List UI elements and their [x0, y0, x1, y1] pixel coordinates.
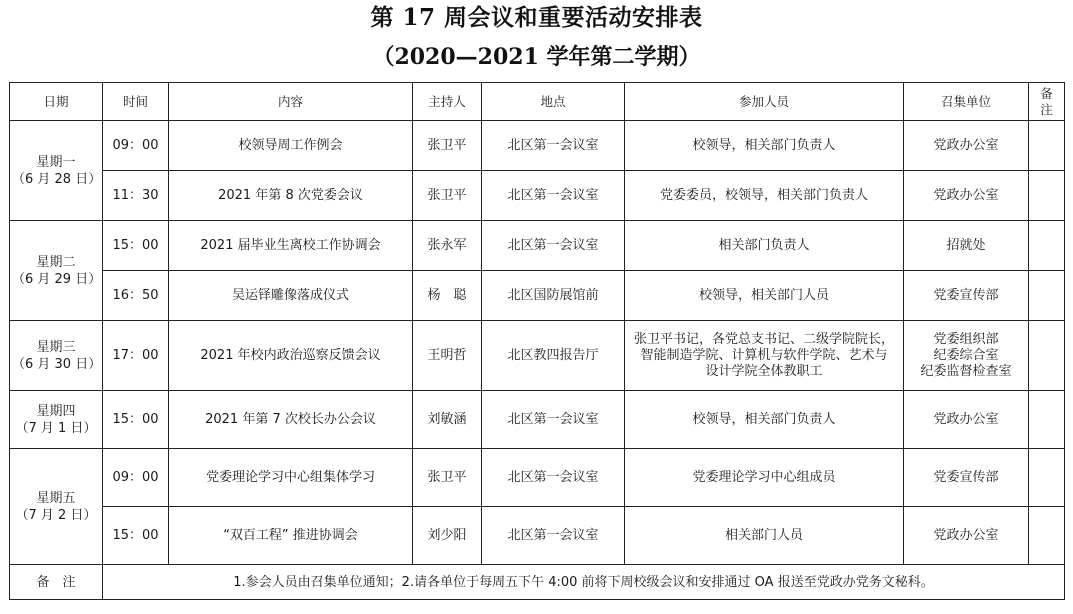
participants-line: 设计学院全体教职工: [627, 364, 901, 380]
participants-line: 张卫平书记，各党总支书记、二级学院院长，: [627, 332, 901, 348]
weekday: 星期二: [12, 254, 100, 271]
time-cell: 15：00: [103, 391, 169, 449]
remarks-cell: [1029, 321, 1065, 391]
table-row: 星期五 （7 月 2 日） 09：00 党委理论学习中心组集体学习 张卫平 北区…: [10, 449, 1065, 507]
participants-cell: 校领导，相关部门人员: [625, 271, 904, 321]
participants-cell: 校领导，相关部门负责人: [625, 121, 904, 171]
location-cell: 北区第一会议室: [482, 121, 625, 171]
table-row: 11：30 2021 年第 8 次党委会议 张卫平 北区第一会议室 党委委员，校…: [10, 171, 1065, 221]
content-cell: 校领导周工作例会: [169, 121, 413, 171]
participants-cell: 党委委员，校领导，相关部门负责人: [625, 171, 904, 221]
participants-cell: 相关部门人员: [625, 507, 904, 565]
header-row: 日期 时间 内容 主持人 地点 参加人员 召集单位 备注: [10, 83, 1065, 121]
footer-note: 1.参会人员由召集单位通知；2.请各单位于每周五下午 4:00 前将下周校级会议…: [103, 565, 1065, 600]
content-cell: 2021 年校内政治巡察反馈会议: [169, 321, 413, 391]
time-cell: 09：00: [103, 449, 169, 507]
participants-cell: 党委理论学习中心组成员: [625, 449, 904, 507]
header-date: 日期: [10, 83, 103, 121]
content-cell: 2021 年第 7 次校长办公会议: [169, 391, 413, 449]
host-cell: 张永军: [413, 221, 482, 271]
participants-cell: 校领导，相关部门负责人: [625, 391, 904, 449]
location-cell: 北区第一会议室: [482, 507, 625, 565]
document-subtitle: （2020—2021 学年第二学期）: [0, 41, 1073, 73]
host-cell: 刘少阳: [413, 507, 482, 565]
table-row: 星期一 （6 月 28 日） 09：00 校领导周工作例会 张卫平 北区第一会议…: [10, 121, 1065, 171]
day-cell: 星期三 （6 月 30 日）: [10, 321, 103, 391]
day-cell: 星期五 （7 月 2 日）: [10, 449, 103, 565]
organizer-cell: 党政办公室: [904, 121, 1029, 171]
day-cell: 星期一 （6 月 28 日）: [10, 121, 103, 221]
content-cell: 吴运铎雕像落成仪式: [169, 271, 413, 321]
document-title: 第 17 周会议和重要活动安排表: [0, 2, 1073, 34]
header-remarks: 备注: [1029, 83, 1065, 121]
date: （7 月 2 日）: [12, 507, 100, 524]
time-cell: 15：00: [103, 221, 169, 271]
organizer-cell: 党政办公室: [904, 391, 1029, 449]
time-cell: 09：00: [103, 121, 169, 171]
host-cell: 张卫平: [413, 449, 482, 507]
header-location: 地点: [482, 83, 625, 121]
table-row: 16：50 吴运铎雕像落成仪式 杨 聪 北区国防展馆前 校领导，相关部门人员 党…: [10, 271, 1065, 321]
footer-label: 备 注: [10, 565, 103, 600]
location-cell: 北区第一会议室: [482, 391, 625, 449]
remarks-cell: [1029, 221, 1065, 271]
date: （7 月 1 日）: [12, 420, 100, 437]
participants-cell: 相关部门负责人: [625, 221, 904, 271]
day-cell: 星期二 （6 月 29 日）: [10, 221, 103, 321]
table-row: 星期三 （6 月 30 日） 17：00 2021 年校内政治巡察反馈会议 王明…: [10, 321, 1065, 391]
organizer-cell: 党委宣传部: [904, 449, 1029, 507]
time-cell: 16：50: [103, 271, 169, 321]
organizer-cell: 党委宣传部: [904, 271, 1029, 321]
remarks-cell: [1029, 271, 1065, 321]
date: （6 月 30 日）: [12, 356, 100, 373]
content-cell: 党委理论学习中心组集体学习: [169, 449, 413, 507]
location-cell: 北区第一会议室: [482, 449, 625, 507]
organizer-cell: 党委组织部 纪委综合室 纪委监督检查室: [904, 321, 1029, 391]
header-remarks-label: 备注: [1040, 86, 1054, 118]
organizer-line: 纪委监督检查室: [906, 364, 1026, 380]
content-cell: “双百工程” 推进协调会: [169, 507, 413, 565]
remarks-cell: [1029, 171, 1065, 221]
remarks-cell: [1029, 449, 1065, 507]
time-cell: 15：00: [103, 507, 169, 565]
content-cell: 2021 年第 8 次党委会议: [169, 171, 413, 221]
host-cell: 张卫平: [413, 121, 482, 171]
table-row: 星期二 （6 月 29 日） 15：00 2021 届毕业生离校工作协调会 张永…: [10, 221, 1065, 271]
participants-cell: 张卫平书记，各党总支书记、二级学院院长， 智能制造学院、计算机与软件学院、艺术与…: [625, 321, 904, 391]
participants-line: 智能制造学院、计算机与软件学院、艺术与: [627, 348, 901, 364]
footer-row: 备 注 1.参会人员由召集单位通知；2.请各单位于每周五下午 4:00 前将下周…: [10, 565, 1065, 600]
remarks-cell: [1029, 391, 1065, 449]
remarks-cell: [1029, 121, 1065, 171]
weekday: 星期一: [12, 154, 100, 171]
organizer-cell: 党政办公室: [904, 171, 1029, 221]
header-participants: 参加人员: [625, 83, 904, 121]
header-time: 时间: [103, 83, 169, 121]
organizer-cell: 招就处: [904, 221, 1029, 271]
header-content: 内容: [169, 83, 413, 121]
host-cell: 王明哲: [413, 321, 482, 391]
location-cell: 北区第一会议室: [482, 221, 625, 271]
organizer-line: 纪委综合室: [906, 348, 1026, 364]
host-cell: 张卫平: [413, 171, 482, 221]
time-cell: 17：00: [103, 321, 169, 391]
date: （6 月 28 日）: [12, 171, 100, 188]
remarks-cell: [1029, 507, 1065, 565]
location-cell: 北区教四报告厅: [482, 321, 625, 391]
schedule-table: 日期 时间 内容 主持人 地点 参加人员 召集单位 备注 星期一 （6 月 28…: [9, 82, 1065, 600]
time-cell: 11：30: [103, 171, 169, 221]
location-cell: 北区国防展馆前: [482, 271, 625, 321]
header-host: 主持人: [413, 83, 482, 121]
host-cell: 刘敏涵: [413, 391, 482, 449]
day-cell: 星期四 （7 月 1 日）: [10, 391, 103, 449]
table-row: 星期四 （7 月 1 日） 15：00 2021 年第 7 次校长办公会议 刘敏…: [10, 391, 1065, 449]
host-cell: 杨 聪: [413, 271, 482, 321]
weekday: 星期三: [12, 339, 100, 356]
organizer-cell: 党政办公室: [904, 507, 1029, 565]
table-row: 15：00 “双百工程” 推进协调会 刘少阳 北区第一会议室 相关部门人员 党政…: [10, 507, 1065, 565]
content-cell: 2021 届毕业生离校工作协调会: [169, 221, 413, 271]
location-cell: 北区第一会议室: [482, 171, 625, 221]
organizer-line: 党委组织部: [906, 332, 1026, 348]
date: （6 月 29 日）: [12, 271, 100, 288]
weekday: 星期四: [12, 403, 100, 420]
weekday: 星期五: [12, 490, 100, 507]
header-organizer: 召集单位: [904, 83, 1029, 121]
